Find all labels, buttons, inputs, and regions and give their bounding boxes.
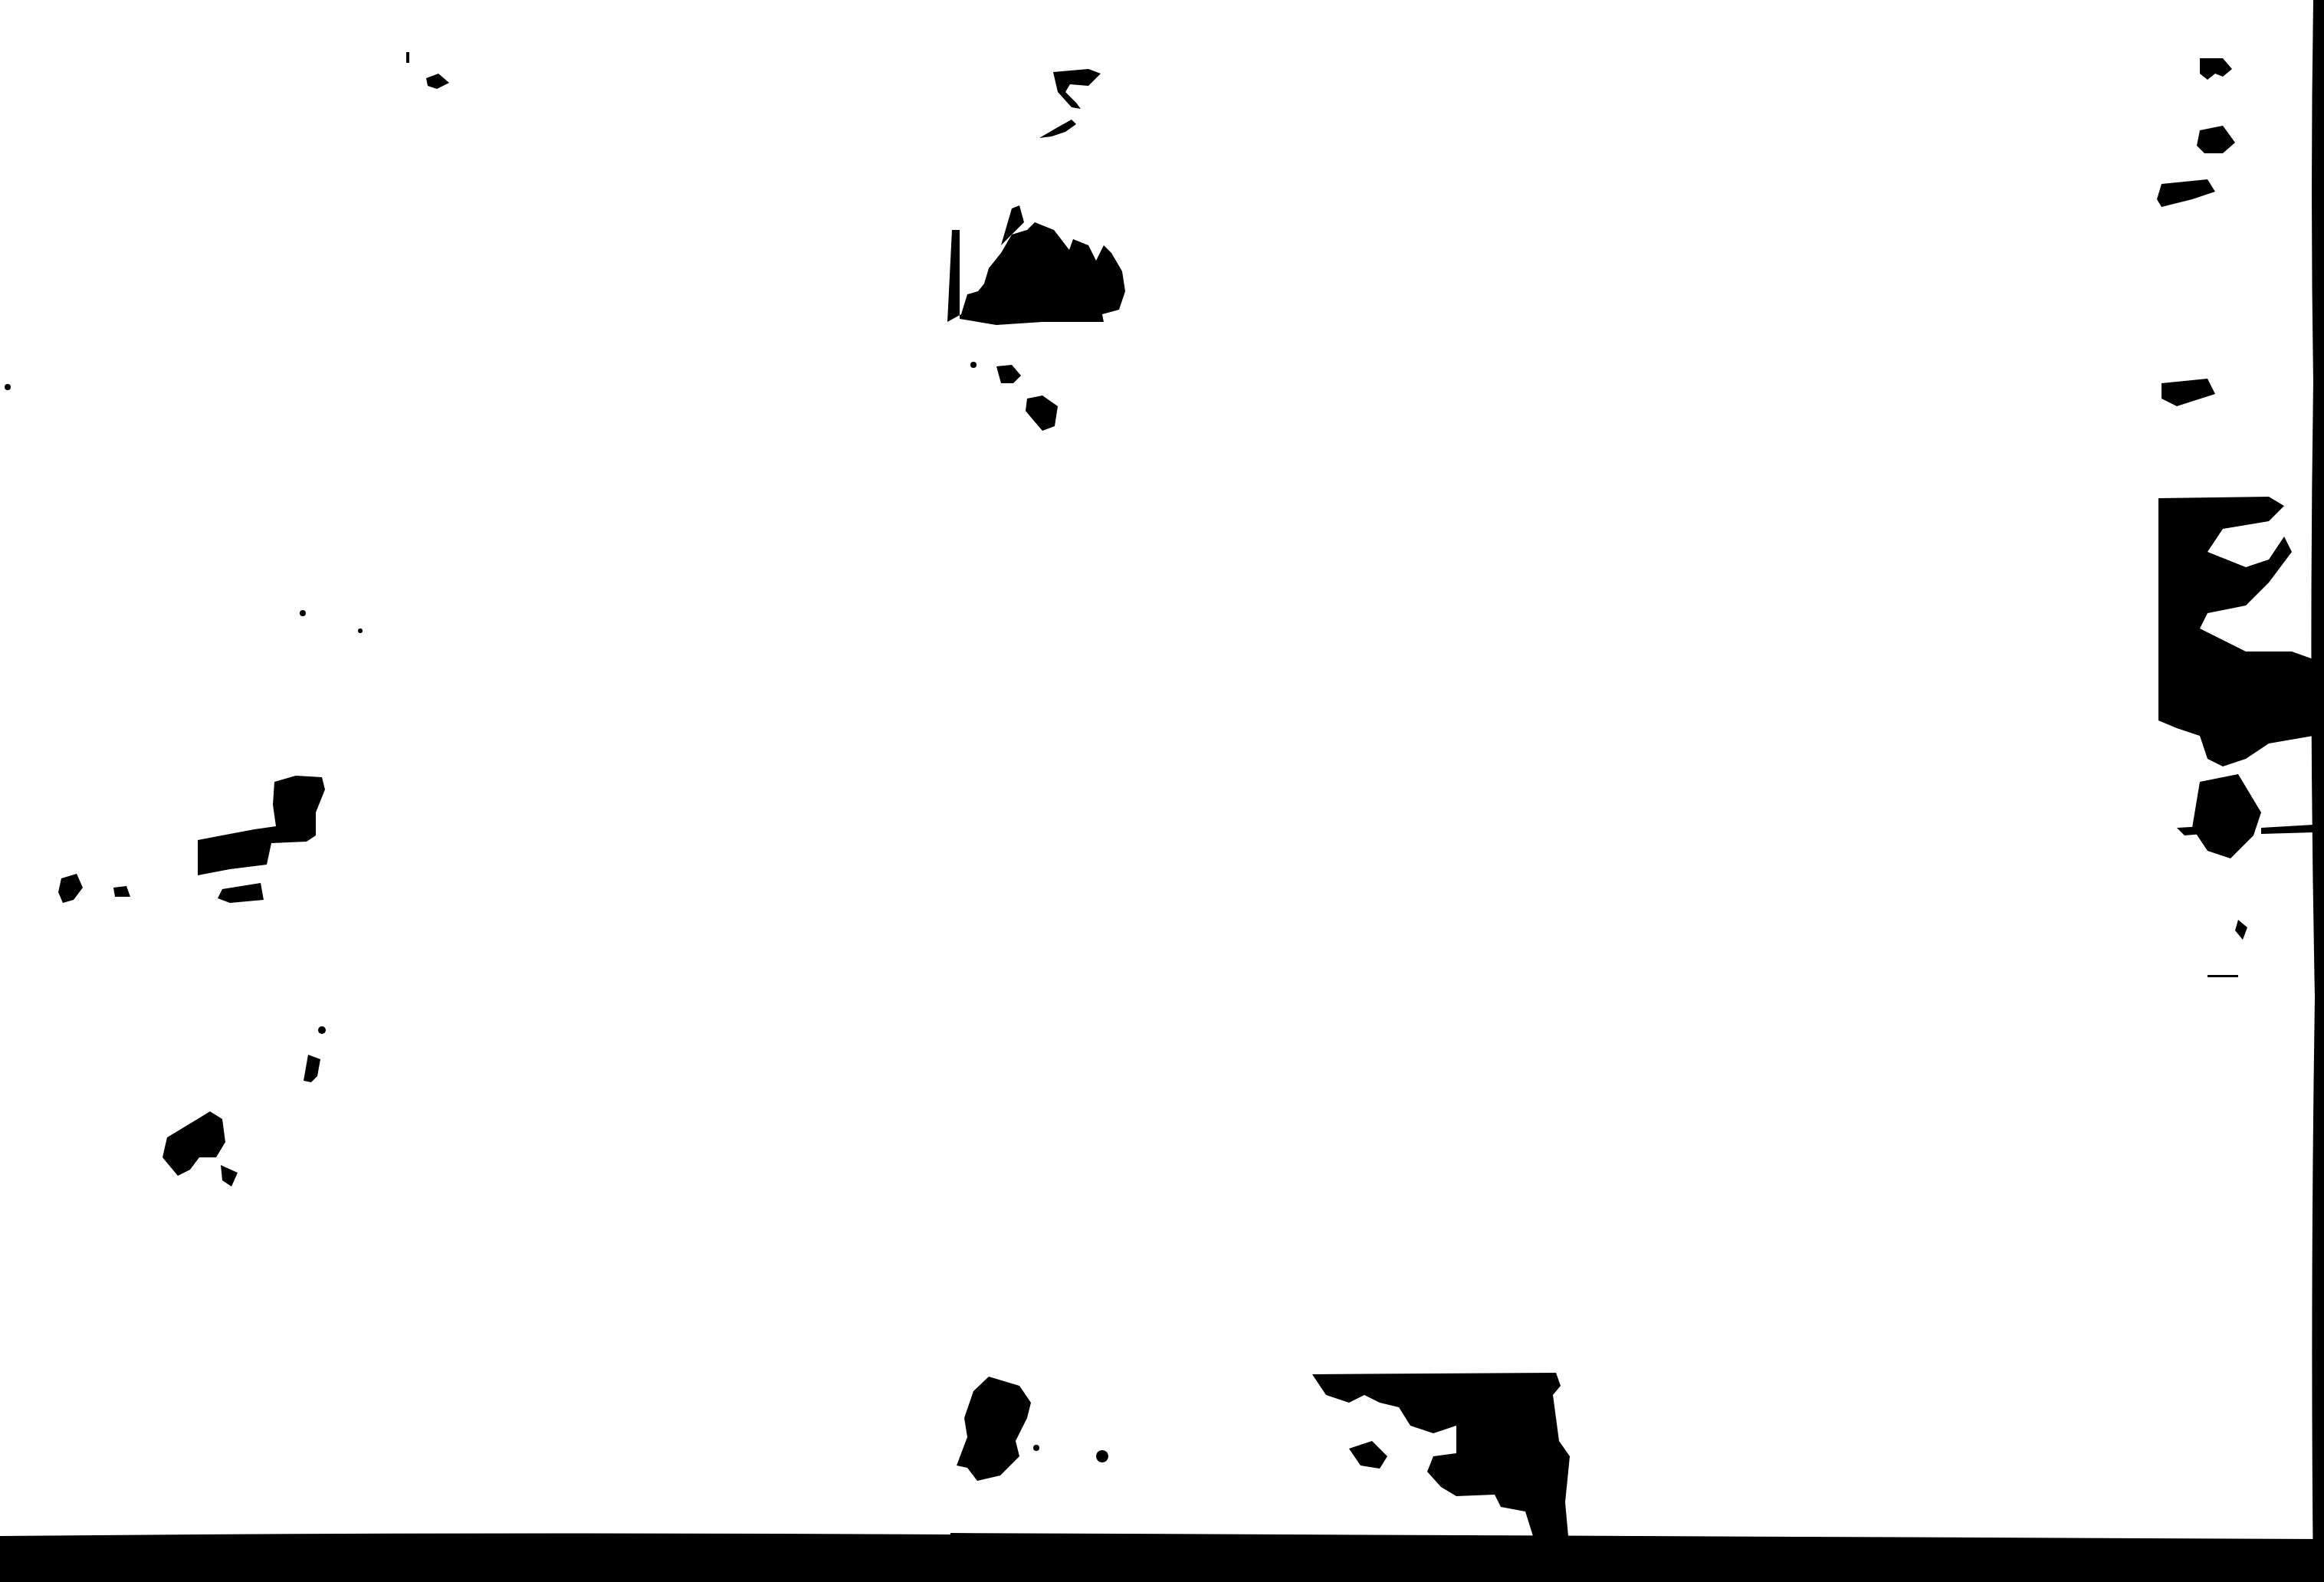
background — [0, 0, 2324, 1582]
binarized-image — [0, 0, 2324, 1582]
